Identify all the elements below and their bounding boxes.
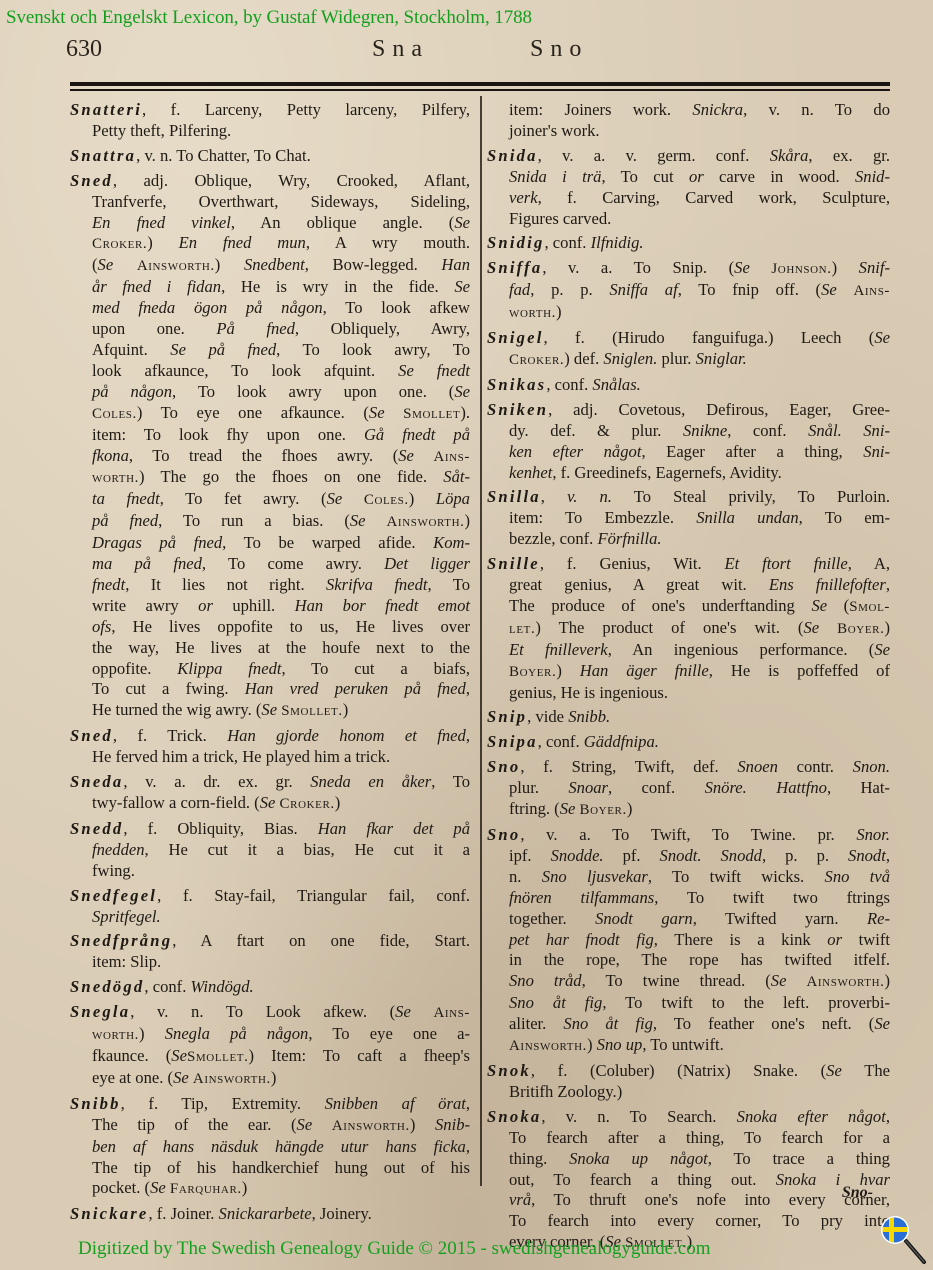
swedish-phrase: Snedbent	[244, 255, 305, 274]
definition-text: plur.	[509, 778, 568, 797]
swedish-phrase: Ilfnidig.	[591, 233, 644, 252]
entry-line: To fearch into every corner, To pry into	[487, 1211, 890, 1232]
swedish-phrase: vrå	[509, 1190, 531, 1209]
entry-first-line: Snibb, f. Tip, Extremity. Snibben af öra…	[70, 1094, 470, 1115]
source-citation: Smollet.	[187, 1049, 249, 1065]
definition-text: Britifh Zoology.)	[509, 1082, 622, 1101]
dictionary-entry: Snilla, v. n. To Steal privily, To Purlo…	[487, 487, 890, 550]
source-citation: Ainsworth.	[193, 1071, 271, 1087]
definition-text: , v. n. To Chatter, To Chat.	[136, 146, 311, 165]
definition-text: ,	[466, 1137, 470, 1156]
source-citation: Ains-	[853, 283, 890, 299]
dictionary-entry: Snidig, conf. Ilfnidig.	[487, 233, 890, 254]
swedish-phrase: Kom-	[433, 533, 470, 552]
column-divider	[480, 96, 482, 1186]
dictionary-entry: Sniffa, v. a. To Snip. (Se Johnson.) Sni…	[487, 258, 890, 324]
swedish-phrase: Snon.	[853, 757, 890, 776]
swedish-phrase: Han bor fnedt emot	[295, 596, 470, 615]
definition-text: , A ftart on one fide, Start.	[172, 931, 470, 950]
swedish-phrase: Snickararbete	[219, 1204, 312, 1223]
definition-text: great genius, A great wit.	[509, 575, 769, 594]
entry-line: (Se Ainsworth.) Snedbent, Bow-legged. Ha…	[70, 255, 470, 277]
definition-text: , He is poffeffed of	[709, 661, 890, 680]
dictionary-entry: Snigel, f. (Hirudo fanguifuga.) Leech (S…	[487, 328, 890, 371]
swedish-phrase: ben af hans näsduk hängde utur hans fick…	[92, 1137, 466, 1156]
headword: Sno	[487, 757, 520, 776]
entry-line: To cut a fwing. Han vred peruken på fned…	[70, 679, 470, 700]
definition-text: , To tread the fhoes awry. (	[129, 446, 398, 465]
entry-first-line: Snigel, f. (Hirudo fanguifuga.) Leech (S…	[487, 328, 890, 349]
entry-line: in the rope, The rope has twifted itfelf…	[487, 950, 890, 971]
entry-line: fkaunce. (SeSmollet.) Item: To caft a fh…	[70, 1046, 470, 1068]
headword: Snoka	[487, 1107, 541, 1126]
swedish-phrase: Se	[454, 277, 470, 296]
entry-line: med fneda ögon på någon, To look afkew	[70, 298, 470, 319]
swedish-phrase: Han fkar det på	[318, 819, 470, 838]
definition-text: To fearch into every corner, To pry into	[509, 1211, 890, 1230]
definition-text: , v. n. To Search.	[541, 1107, 736, 1126]
headword: Sniken	[487, 400, 548, 419]
dictionary-entry: Sneda, v. a. dr. ex. gr. Sneda en åker, …	[70, 772, 470, 815]
entry-line: the way, He lives at the houfe next to t…	[70, 638, 470, 659]
swedish-phrase: Se	[261, 700, 281, 719]
headword: Snille	[487, 554, 540, 573]
swedish-phrase: Klippa fnedt	[177, 659, 281, 678]
entry-line: Tranfverfe, Overthwart, Sideways, Sideli…	[70, 192, 470, 213]
swedish-phrase: Se	[398, 446, 433, 465]
entry-first-line: Snikas, conf. Snålas.	[487, 375, 890, 396]
entry-line: fad, p. p. Sniffa af, To fnip off. (Se A…	[487, 280, 890, 302]
definition-text: , f. (Hirudo fanguifuga.) Leech (	[544, 328, 875, 347]
swedish-phrase: fnedden	[92, 840, 145, 859]
swedish-phrase: Se	[171, 1046, 187, 1065]
definition-text: fwing.	[92, 861, 135, 880]
definition-text: , To	[431, 772, 470, 791]
definition-text: , He is wry in the fide.	[221, 277, 454, 296]
headword: Snattra	[70, 146, 136, 165]
swedish-phrase: Sni-	[863, 442, 890, 461]
swedish-phrase: På fned	[216, 319, 295, 338]
entry-line: n. Sno ljusvekar, To twift wicks. Sno tv…	[487, 867, 890, 888]
definition-text: Tranfverfe, Overthwart, Sideways, Sideli…	[92, 192, 470, 211]
definition-text: , v. n. To do	[743, 100, 890, 119]
source-citation: worth.	[509, 305, 556, 321]
swedish-phrase: på fned	[92, 511, 158, 530]
headword: Snibb	[70, 1094, 121, 1113]
swedish-phrase: Sno tråd	[509, 971, 582, 990]
header-rule-thin	[70, 89, 890, 91]
definition-text: , To fet awry. (	[160, 489, 327, 508]
digitization-credit: Digitized by The Swedish Genealogy Guide…	[78, 1238, 711, 1260]
definition-text: , adj. Oblique, Wry, Crooked, Aflant,	[113, 171, 470, 190]
entry-line: Afquint. Se på fned, To look awry, To	[70, 340, 470, 361]
swedish-phrase: Se	[395, 1002, 433, 1021]
swedish-phrase: ofs	[92, 617, 111, 636]
definition-text: , v. a. dr. ex. gr.	[123, 772, 310, 791]
swedish-phrase: Snöre.	[705, 778, 747, 797]
entry-line: Figures carved.	[487, 209, 890, 230]
source-citation: Ainsworth.	[137, 258, 215, 274]
definition-text: , To come awry.	[202, 554, 384, 573]
definition-text: ,	[466, 726, 470, 745]
swedish-phrase: Snål.	[808, 421, 842, 440]
definition-text: ) The product of one's wit. (	[535, 618, 803, 637]
definition-text: , conf.	[608, 778, 705, 797]
definition-text: ) The go the fhoes on one fide.	[139, 467, 443, 486]
swedish-phrase: Snid-	[855, 167, 890, 186]
definition-text: Petty theft, Pilfering.	[92, 121, 231, 140]
swedish-phrase: Det ligger	[384, 554, 470, 573]
definition-text: fkaunce. (	[92, 1046, 171, 1065]
definition-text: , f. Genius, Wit.	[540, 554, 725, 573]
definition-text: bezzle, conf.	[509, 529, 597, 548]
definition-text: out, To fearch a thing out.	[509, 1170, 776, 1189]
entry-line: ma på fned, To come awry. Det ligger	[70, 554, 470, 575]
definition-text: , To trace a thing	[708, 1149, 890, 1168]
definition-text: )	[884, 971, 890, 990]
definition-text: in the rope, The rope has twifted itfelf…	[509, 950, 890, 969]
source-citation: Boyer.	[509, 664, 556, 680]
running-head: 630 Sna Sno	[0, 34, 933, 74]
entry-line: kenhet, f. Greedinefs, Eagernefs, Avidit…	[487, 463, 890, 484]
headword: Sno	[487, 825, 520, 844]
dictionary-entry: Snibb, f. Tip, Extremity. Snibben af öra…	[70, 1094, 470, 1201]
dictionary-entry: Sno, v. a. To Twift, To Twine. pr. Snor.…	[487, 825, 890, 1057]
column-left: Snatteri, f. Larceny, Petty larceny, Pil…	[70, 100, 470, 1229]
definition-text: aliter.	[509, 1014, 563, 1033]
entry-line: oppofite. Klippa fnedt, To cut a biafs,	[70, 659, 470, 680]
definition-text: )	[556, 302, 562, 321]
definition-text: , f. Larceny, Petty larceny, Pilfery,	[142, 100, 470, 119]
headword: Snikas	[487, 375, 546, 394]
source-citation: Johnson.	[771, 261, 831, 277]
entry-line: Snida i trä, To cut or carve in wood. Sn…	[487, 167, 890, 188]
swedish-phrase: Han gjorde honom et fned	[227, 726, 466, 745]
swedish-phrase: or	[689, 167, 704, 186]
entry-first-line: Snida, v. a. v. germ. conf. Skåra, ex. g…	[487, 146, 890, 167]
swedish-phrase: Hattfno	[776, 778, 827, 797]
entry-line: item: Joiners work. Snickra, v. n. To do	[487, 100, 890, 121]
guide-word-first: Sna	[372, 36, 429, 63]
entry-line: pocket. (Se Farquhar.)	[70, 1178, 470, 1200]
definition-text: , v. n. To Look afkew. (	[130, 1002, 395, 1021]
swedish-phrase: Se	[874, 328, 890, 347]
dictionary-entry: Snoka, v. n. To Search. Snoka efter någo…	[487, 1107, 890, 1254]
swedish-phrase: Dragas på fned	[92, 533, 222, 552]
entry-first-line: Snedögd, conf. Windögd.	[70, 977, 470, 998]
swedish-phrase: Snodt. Snodd	[660, 846, 762, 865]
definition-text: upon one.	[92, 319, 216, 338]
entry-line: vrå, To thruft one's nofe into every cor…	[487, 1190, 890, 1211]
swedish-phrase: Se	[734, 258, 771, 277]
swedish-phrase: Se	[454, 382, 470, 401]
entry-line: look afkaunce, To look afquint. Se fnedt	[70, 361, 470, 382]
definition-text: , vide	[527, 707, 568, 726]
headword: Snida	[487, 146, 538, 165]
definition-text: The tip of the ear. (	[92, 1115, 297, 1134]
swedish-phrase: Se	[297, 1115, 332, 1134]
headword: Snip	[487, 707, 527, 726]
source-citation: Smollet.	[281, 703, 343, 719]
dictionary-entry: Snedd, f. Obliquity, Bias. Han fkar det …	[70, 819, 470, 882]
source-citation: Ainsworth.	[332, 1118, 410, 1134]
definition-text: The	[842, 1061, 890, 1080]
definition-text: (	[827, 596, 849, 615]
definition-text: , Eager after a thing,	[641, 442, 863, 461]
definition-text: , To untwift.	[642, 1035, 724, 1054]
swedish-phrase: Sno up	[597, 1035, 643, 1054]
entry-line: fnedden, He cut it a bias, He cut it a	[70, 840, 470, 861]
swedish-phrase: Sno åt fig	[563, 1014, 652, 1033]
definition-text: ,	[886, 575, 890, 594]
definition-text: genius, He is ingenious.	[509, 683, 668, 702]
definition-text: look afkaunce, To look afquint.	[92, 361, 398, 380]
definition-text: , Bow-legged.	[305, 255, 442, 274]
swedish-phrase: Löpa	[436, 489, 470, 508]
swedish-phrase: Se	[454, 213, 470, 232]
swedish-phrase: v. n.	[567, 487, 612, 506]
swedish-phrase: ma på fned	[92, 554, 202, 573]
entry-line: pet har fnodt fig, There is a kink or tw…	[487, 930, 890, 951]
definition-text	[747, 778, 776, 797]
entry-first-line: Sniken, adj. Covetous, Defirous, Eager, …	[487, 400, 890, 421]
definition-text: , To twift two ftrings	[654, 888, 890, 907]
swedish-phrase: Et ftort fnille	[725, 554, 848, 573]
definition-text: , f. Trick.	[113, 726, 227, 745]
swedish-phrase: Se	[560, 799, 580, 818]
definition-text: )	[147, 233, 178, 252]
headword: Snedfegel	[70, 886, 157, 905]
swedish-phrase: år fned i fidan	[92, 277, 221, 296]
swedish-phrase: Förfnilla.	[597, 529, 661, 548]
definition-text: , adj. Covetous, Defirous, Eager, Gree-	[548, 400, 890, 419]
definition-text: )	[556, 661, 579, 680]
entry-first-line: Snoka, v. n. To Search. Snoka efter någo…	[487, 1107, 890, 1128]
entry-line: Britifh Zoology.)	[487, 1082, 890, 1103]
source-citation: Boyer.	[580, 802, 627, 818]
entry-line: ken efter något, Eager after a thing, Sn…	[487, 442, 890, 463]
swedish-phrase: Se	[350, 511, 387, 530]
swedish-phrase: Snodde.	[551, 846, 604, 865]
source-citation: Coles.	[364, 492, 409, 508]
definition-text: , A,	[848, 554, 890, 573]
definition-text: , p. p.	[530, 280, 609, 299]
definition-text: , To be warped afide.	[222, 533, 433, 552]
definition-text: To cut a fwing.	[92, 679, 245, 698]
swedish-phrase: Sni-	[863, 421, 890, 440]
dictionary-entry: Sniken, adj. Covetous, Defirous, Eager, …	[487, 400, 890, 484]
entry-line: item: To Embezzle. Snilla undan, To em-	[487, 508, 890, 529]
headword: Snigel	[487, 328, 544, 347]
swedish-phrase: Sno åt fig	[509, 993, 602, 1012]
definition-text: , Joinery.	[312, 1204, 372, 1223]
entry-first-line: Snidig, conf. Ilfnidig.	[487, 233, 890, 254]
entry-line: Ainsworth.) Sno up, To untwift.	[487, 1035, 890, 1057]
definition-text: He ferved him a trick, He played him a t…	[92, 747, 390, 766]
definition-text: )	[832, 258, 859, 277]
definition-text	[842, 421, 864, 440]
source-citation: Smol-	[849, 599, 890, 615]
definition-text: thing.	[509, 1149, 569, 1168]
definition-text: )	[627, 799, 633, 818]
column-right: item: Joiners work. Snickra, v. n. To do…	[487, 100, 890, 1258]
dictionary-entry: Snegla, v. n. To Look afkew. (Se Ains-wo…	[70, 1002, 470, 1090]
headword: Snedd	[70, 819, 123, 838]
headword: Snok	[487, 1061, 531, 1080]
definition-text: oppofite.	[92, 659, 177, 678]
source-citation: Ainsworth.	[509, 1038, 587, 1054]
entry-line: på fned, To run a bias. (Se Ainsworth.)	[70, 511, 470, 533]
definition-text: , To look awry, To	[276, 340, 470, 359]
entry-line: He turned the wig awry. (Se Smollet.)	[70, 700, 470, 722]
swedish-phrase: Snib-	[435, 1115, 470, 1134]
entry-line: upon one. På fned, Obliquely, Awry,	[70, 319, 470, 340]
definition-text: The produce of one's underftanding	[509, 596, 811, 615]
entry-line: write awry or uphill. Han bor fnedt emot	[70, 596, 470, 617]
definition-text: joiner's work.	[509, 121, 600, 140]
definition-text: ).	[460, 403, 470, 422]
swedish-phrase: Snoka up något	[569, 1149, 708, 1168]
definition-text: carve in wood.	[704, 167, 855, 186]
entry-first-line: Snille, f. Genius, Wit. Et ftort fnille,…	[487, 554, 890, 575]
swedish-phrase: ta fnedt	[92, 489, 160, 508]
swedish-phrase: på någon	[92, 382, 172, 401]
entry-line: genius, He is ingenious.	[487, 683, 890, 704]
entry-first-line: Sno, f. String, Twift, def. Snoen contr.…	[487, 757, 890, 778]
dictionary-entry: Snille, f. Genius, Wit. Et ftort fnille,…	[487, 554, 890, 703]
headword: Snedfprång	[70, 931, 172, 950]
headword: Snegla	[70, 1002, 130, 1021]
entry-line: let.) The product of one's wit. (Se Boye…	[487, 618, 890, 640]
definition-text: uphill.	[213, 596, 295, 615]
entry-line: To fearch after a thing, To fearch for a	[487, 1128, 890, 1149]
dictionary-entry: Snickare, f. Joiner. Snickararbete, Join…	[70, 1204, 470, 1225]
entry-line: out, To fearch a thing out. Snoka i hvar	[487, 1170, 890, 1191]
swedish-phrase: Se	[369, 403, 403, 422]
definition-text: item: Slip.	[92, 952, 161, 971]
headword: Snedögd	[70, 977, 144, 996]
definition-text: twift	[842, 930, 890, 949]
dictionary-entry: item: Joiners work. Snickra, v. n. To do…	[487, 100, 890, 142]
swedish-phrase: Snoka efter något	[737, 1107, 886, 1126]
swedish-phrase: Se	[260, 793, 280, 812]
definition-text: item: To Embezzle.	[509, 508, 696, 527]
definition-text: ) To eye one afkaunce. (	[137, 403, 369, 422]
definition-text: To Steal privily, To Purloin.	[612, 487, 890, 506]
definition-text: , conf.	[727, 421, 808, 440]
swedish-phrase: En fned vinkel	[92, 213, 231, 232]
definition-text: n.	[509, 867, 542, 886]
swedish-phrase: Se	[811, 596, 827, 615]
definition-text: write awry	[92, 596, 198, 615]
definition-text: , v. a. To Twift, To Twine. pr.	[520, 825, 856, 844]
entry-line: Croker.) En fned mun, A wry mouth.	[70, 233, 470, 255]
definition-text: , Obliquely, Awry,	[295, 319, 470, 338]
definition-text: item: Joiners work.	[509, 100, 692, 119]
definition-text: Figures carved.	[509, 209, 611, 228]
definition-text: , v. a. To Snip. (	[542, 258, 734, 277]
entry-first-line: Sno, v. a. To Twift, To Twine. pr. Snor.	[487, 825, 890, 846]
swedish-phrase: ken efter något	[509, 442, 641, 461]
definition-text: )	[409, 489, 436, 508]
entry-line: The tip of his handkerchief hung out of …	[70, 1158, 470, 1179]
entry-line: fwing.	[70, 861, 470, 882]
source-banner: Svenskt och Engelskt Lexicon, by Gustaf …	[6, 7, 532, 29]
guide-word-last: Sno	[530, 36, 588, 63]
entry-line: item: Slip.	[70, 952, 470, 973]
headword: Sneda	[70, 772, 123, 791]
swedish-phrase: med fneda ögon på någon	[92, 298, 323, 317]
swedish-phrase: Se	[98, 255, 137, 274]
definition-text: , To cut	[601, 167, 688, 186]
definition-text: item: To look fhy upon one.	[92, 425, 364, 444]
definition-text: , To fnip off. (	[678, 280, 821, 299]
swedish-phrase: Se	[150, 1178, 170, 1197]
definition-text: , He lives oppofite to us, He lives over	[111, 617, 470, 636]
definition-text: , conf.	[546, 375, 592, 394]
definition-text: , f. Tip, Extremity.	[121, 1094, 325, 1113]
definition-text: )	[215, 255, 244, 274]
definition-text: ) def.	[564, 349, 603, 368]
entry-first-line: Snegla, v. n. To Look afkew. (Se Ains-	[70, 1002, 470, 1024]
source-citation: Boyer.	[837, 621, 884, 637]
definition-text: pocket. (	[92, 1178, 150, 1197]
swedish-phrase: Gå fnedt på	[364, 425, 470, 444]
swedish-phrase: fnedt	[92, 575, 125, 594]
definition-text: , conf.	[544, 233, 590, 252]
definition-text: ftring. (	[509, 799, 560, 818]
entry-line: Boyer.) Han äger fnille, He is poffeffed…	[487, 661, 890, 683]
definition-text: , An ingenious performance. (	[608, 640, 875, 659]
definition-text: , p. p.	[762, 846, 848, 865]
entry-line: aliter. Sno åt fig, To feather one's nef…	[487, 1014, 890, 1035]
dictionary-entry: Sned, f. Trick. Han gjorde honom et fned…	[70, 726, 470, 768]
source-citation: Farquhar.	[170, 1181, 242, 1197]
entry-line: Et fnilleverk, An ingenious performance.…	[487, 640, 890, 661]
definition-text: , f. Obliquity, Bias.	[123, 819, 317, 838]
definition-text: )	[587, 1035, 597, 1054]
definition-text: dy. def. & plur.	[509, 421, 683, 440]
definition-text: , To twine thread. (	[582, 971, 771, 990]
swedish-phrase: Snodt	[848, 846, 886, 865]
definition-text: , It lies not right.	[125, 575, 326, 594]
definition-text: , To twift wicks.	[648, 867, 825, 886]
entry-line: bezzle, conf. Förfnilla.	[487, 529, 890, 550]
entry-line: Croker.) def. Sniglen. plur. Sniglar.	[487, 349, 890, 371]
swedish-phrase: Snoen	[737, 757, 778, 776]
definition-text: ,	[466, 1094, 470, 1113]
entry-line: Spritfegel.	[70, 907, 470, 928]
swedish-phrase: Se	[874, 640, 890, 659]
dictionary-entry: Snedfegel, f. Stay-fail, Triangular fail…	[70, 886, 470, 928]
entry-line: Sno åt fig, To twift to the left. prover…	[487, 993, 890, 1014]
definition-text: )	[271, 1068, 277, 1087]
swedish-phrase: Sniglar.	[696, 349, 747, 368]
definition-text: ipf.	[509, 846, 551, 865]
definition-text: , f. String, Twift, def.	[520, 757, 737, 776]
swedish-phrase: fkona	[92, 446, 129, 465]
source-citation: Ains-	[433, 1005, 470, 1021]
entry-line: verk, f. Carving, Carved work, Sculpture…	[487, 188, 890, 209]
swedish-phrase: Snibben af örat	[325, 1094, 466, 1113]
definition-text: , To cut a biafs,	[281, 659, 470, 678]
headword: Snatteri	[70, 100, 142, 119]
definition-text: ,	[886, 846, 890, 865]
definition-text: , He cut it a bias, He cut it a	[145, 840, 470, 859]
entry-line: The tip of the ear. (Se Ainsworth.) Snib…	[70, 1115, 470, 1137]
definition-text: , f. (Coluber) (Natrix) Snake. (	[531, 1061, 826, 1080]
definition-text: , f. Stay-fail, Triangular fail, conf.	[157, 886, 470, 905]
